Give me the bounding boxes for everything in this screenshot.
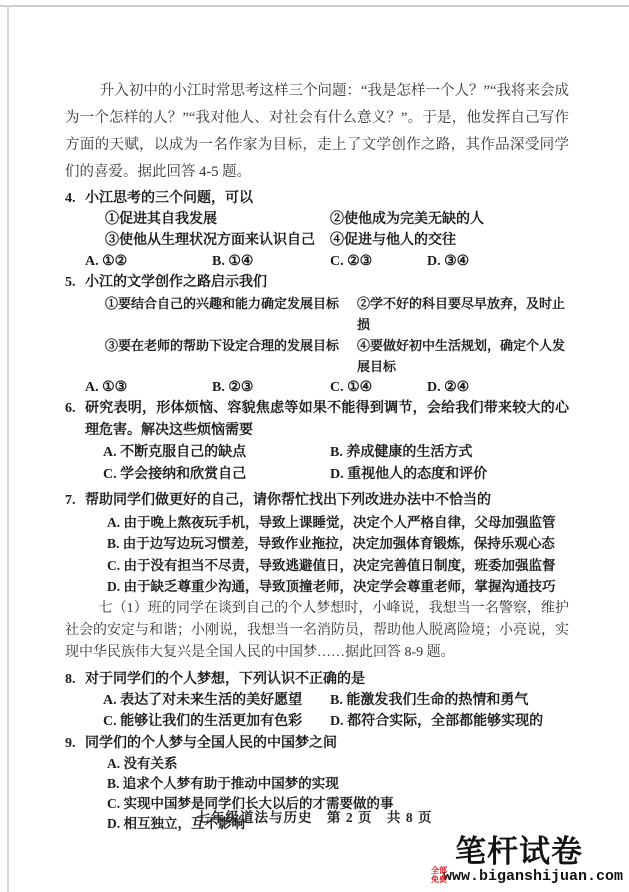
- question-8-number: 8.: [65, 669, 85, 690]
- question-4-choice-row: A. ①② B. ①④ C. ②③ D. ③④: [85, 251, 569, 272]
- question-5-option-row: ③要在老师的帮助下设定合理的发展目标 ④要做好初中生活规划，确定个人发展目标: [105, 335, 569, 377]
- question-4-option-row: ③使他从生理状况方面来认识自己 ④促进与他人的交往: [105, 230, 569, 251]
- option-item: ②使他成为完美无缺的人: [330, 209, 484, 230]
- question-7-number: 7.: [65, 490, 85, 512]
- choice-item: D. ②④: [427, 377, 469, 398]
- brand-name: 笔杆试卷: [455, 836, 625, 868]
- choice-item: D. 都符合实际，全部都能够实现的: [330, 711, 543, 732]
- choice-item: C. 能够让我们的生活更加有色彩: [103, 711, 330, 732]
- question-8-stem: 8. 对于同学们的个人梦想，下列认识不正确的是: [85, 669, 569, 690]
- page-footer: 七年级道法与历史 第 2 页 共 8 页: [0, 806, 629, 826]
- question-4-option-row: ①促进其自我发展 ②使他成为完美无缺的人: [105, 209, 569, 230]
- choice-item: B. ②③: [212, 377, 330, 398]
- question-7-stem: 7. 帮助同学们做更好的自己，请你帮忙找出下列改进办法中不恰当的: [85, 490, 569, 512]
- question-6-choice-row: A. 不断克服自己的缺点 B. 养成健康的生活方式: [103, 442, 569, 464]
- question-4: 4. 小江思考的三个问题，可以 ①促进其自我发展 ②使他成为完美无缺的人 ③使他…: [85, 188, 569, 272]
- choice-item: A. ①②: [85, 251, 212, 272]
- option-item: ①促进其自我发展: [105, 209, 330, 230]
- choice-item: A. ①③: [85, 377, 212, 398]
- question-7: 7. 帮助同学们做更好的自己，请你帮忙找出下列改进办法中不恰当的 A. 由于晚上…: [85, 490, 569, 598]
- question-9-stem: 9. 同学们的个人梦与全国人民的中国梦之间: [85, 734, 569, 754]
- question-5-number: 5.: [65, 272, 85, 293]
- question-7-stem-text: 帮助同学们做更好的自己，请你帮忙找出下列改进办法中不恰当的: [85, 490, 569, 512]
- brand-watermark: 笔杆试卷 全部免费 www.biganshijuan.com: [429, 836, 625, 886]
- scan-edge-left: [7, 5, 9, 892]
- choice-item: D. 重视他人的态度和评价: [330, 464, 487, 486]
- choice-item: B. 追求个人梦有助于推动中国梦的实现: [107, 774, 569, 794]
- option-item: ①要结合自己的兴趣和能力确定发展目标: [105, 293, 357, 335]
- scan-edge-top: [0, 5, 629, 7]
- passage-intro-8-9: 七（1）班的同学在谈到自己的个人梦想时，小峰说，我想当一名警察，维护社会的安定与…: [65, 598, 569, 664]
- question-5: 5. 小江的文学创作之路启示我们 ①要结合自己的兴趣和能力确定发展目标 ②学不好…: [85, 272, 569, 398]
- option-item: ②学不好的科目要尽早放弃，及时止损: [357, 293, 569, 335]
- choice-item: D. ③④: [427, 251, 469, 272]
- choice-item: A. 不断克服自己的缺点: [103, 442, 330, 464]
- option-item: ④要做好初中生活规划，确定个人发展目标: [357, 335, 569, 377]
- passage-intro-4-5: 升入初中的小江时常思考这样三个问题：“我是怎样一个人？”“我将来会成为一个怎样的…: [65, 78, 569, 186]
- question-9-stem-text: 同学们的个人梦与全国人民的中国梦之间: [85, 734, 569, 754]
- question-5-stem: 5. 小江的文学创作之路启示我们: [85, 272, 569, 293]
- option-item: ③要在老师的帮助下设定合理的发展目标: [105, 335, 357, 377]
- choice-item: D. 由于缺乏尊重少沟通，导致顶撞老师，决定学会尊重老师，掌握沟通技巧: [107, 576, 569, 598]
- question-6-stem-text: 研究表明，形体烦恼、容貌焦虑等如果不能得到调节，会给我们带来较大的心理危害。解决…: [85, 398, 569, 442]
- choice-item: C. 学会接纳和欣赏自己: [103, 464, 330, 486]
- question-5-stem-text: 小江的文学创作之路启示我们: [85, 272, 569, 293]
- choice-item: C. 由于没有担当不尽责，导致逃避值日，决定完善值日制度，班委加强监督: [107, 555, 569, 577]
- exam-page-content: 升入初中的小江时常思考这样三个问题：“我是怎样一个人？”“我将来会成为一个怎样的…: [65, 78, 569, 834]
- choice-item: A. 没有关系: [107, 754, 569, 774]
- option-item: ④促进与他人的交往: [330, 230, 456, 251]
- question-4-stem-text: 小江思考的三个问题，可以: [85, 188, 569, 209]
- choice-item: B. ①④: [212, 251, 330, 272]
- brand-tagline: 全部免费: [431, 866, 447, 884]
- question-6-choice-row: C. 学会接纳和欣赏自己 D. 重视他人的态度和评价: [103, 464, 569, 486]
- question-4-stem: 4. 小江思考的三个问题，可以: [85, 188, 569, 209]
- question-8-choice-row: C. 能够让我们的生活更加有色彩 D. 都符合实际，全部都能够实现的: [103, 711, 569, 732]
- question-8: 8. 对于同学们的个人梦想，下列认识不正确的是 A. 表达了对未来生活的美好愿望…: [85, 669, 569, 732]
- brand-url: www.biganshijuan.com: [443, 868, 625, 886]
- choice-item: B. 养成健康的生活方式: [330, 442, 472, 464]
- choice-item: B. 能激发我们生命的热情和勇气: [330, 690, 528, 711]
- option-item: ③使他从生理状况方面来认识自己: [105, 230, 330, 251]
- choice-item: B. 由于边写边玩习惯差，导致作业拖拉，决定加强体育锻炼，保持乐观心态: [107, 533, 569, 555]
- choice-item: C. ②③: [330, 251, 427, 272]
- question-5-option-row: ①要结合自己的兴趣和能力确定发展目标 ②学不好的科目要尽早放弃，及时止损: [105, 293, 569, 335]
- choice-item: C. ①④: [330, 377, 427, 398]
- question-4-number: 4.: [65, 188, 85, 209]
- question-5-choice-row: A. ①③ B. ②③ C. ①④ D. ②④: [85, 377, 569, 398]
- question-6-number: 6.: [65, 398, 85, 420]
- choice-item: A. 表达了对未来生活的美好愿望: [103, 690, 330, 711]
- question-6-stem: 6. 研究表明，形体烦恼、容貌焦虑等如果不能得到调节，会给我们带来较大的心理危害…: [85, 398, 569, 442]
- question-6: 6. 研究表明，形体烦恼、容貌焦虑等如果不能得到调节，会给我们带来较大的心理危害…: [85, 398, 569, 486]
- choice-item: A. 由于晚上熬夜玩手机，导致上课睡觉，决定个人严格自律，父母加强监管: [107, 512, 569, 534]
- question-8-choice-row: A. 表达了对未来生活的美好愿望 B. 能激发我们生命的热情和勇气: [103, 690, 569, 711]
- question-9-number: 9.: [65, 734, 85, 754]
- question-8-stem-text: 对于同学们的个人梦想，下列认识不正确的是: [85, 669, 569, 690]
